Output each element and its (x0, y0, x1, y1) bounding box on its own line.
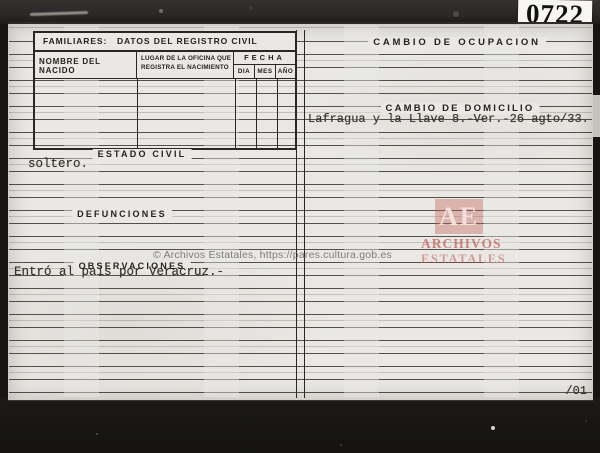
table-grid-line (256, 79, 257, 148)
archive-watermark-text: © Archivos Estatales, https://pares.cult… (153, 249, 392, 261)
registry-card: FAMILIARES: DATOS DEL REGISTRO CIVIL NOM… (8, 22, 593, 401)
col-header-oficina-registro: LUGAR DE LA OFICINA QUE REGISTRA EL NACI… (137, 52, 234, 78)
section-title-cambio-ocupacion: CAMBIO DE OCUPACION (368, 37, 546, 48)
table-title: FAMILIARES: DATOS DEL REGISTRO CIVIL (35, 33, 295, 52)
registro-civil-table: FAMILIARES: DATOS DEL REGISTRO CIVIL NOM… (33, 31, 297, 150)
dust-specks (0, 0, 2, 2)
col-header-nombre-del-nacido: NOMBRE DEL NACIDO (35, 52, 137, 78)
fecha-subheader-row: DIA MES AÑO (234, 65, 295, 78)
adjacent-card-edge (593, 95, 600, 137)
oficina-line2: REGISTRA EL NACIMIENTO (141, 64, 233, 73)
page-marker: /01 (565, 384, 587, 398)
section-title-defunciones: DEFUNCIONES (72, 209, 172, 220)
cambio-domicilio-entry: Lafragua y la Llave 8.-Ver.-26 agto/33. (308, 112, 589, 126)
observaciones-entry: Entró al país por Veracruz.- (14, 265, 224, 279)
fecha-label: FECHA (234, 52, 295, 65)
table-grid-line (137, 79, 138, 148)
oficina-line1: LUGAR DE LA OFICINA QUE (141, 55, 233, 64)
estado-civil-entry: soltero. (28, 157, 88, 171)
center-column-divider (296, 30, 305, 398)
photo-background-top (0, 0, 600, 24)
logo-text-estatales: ESTATALES (421, 252, 497, 267)
col-header-mes: MES (255, 65, 276, 78)
logo-text-archivos: ARCHIVOS (421, 236, 497, 252)
archivos-estatales-logo: AE ARCHIVOS ESTATALES (421, 199, 497, 267)
col-header-fecha: FECHA DIA MES AÑO (234, 52, 295, 78)
table-grid-line (277, 79, 278, 148)
table-grid-line (235, 79, 236, 148)
table-header-row: NOMBRE DEL NACIDO LUGAR DE LA OFICINA QU… (35, 52, 295, 79)
col-header-dia: DIA (234, 65, 255, 78)
col-header-ano: AÑO (276, 65, 295, 78)
ae-logo-icon: AE (435, 199, 483, 234)
section-title-estado-civil: ESTADO CIVIL (93, 149, 192, 160)
photo-background-bottom (0, 398, 600, 453)
scanned-card-photo: 0722 FAMILIARES: DATOS DEL REGISTRO CIVI… (0, 0, 600, 453)
